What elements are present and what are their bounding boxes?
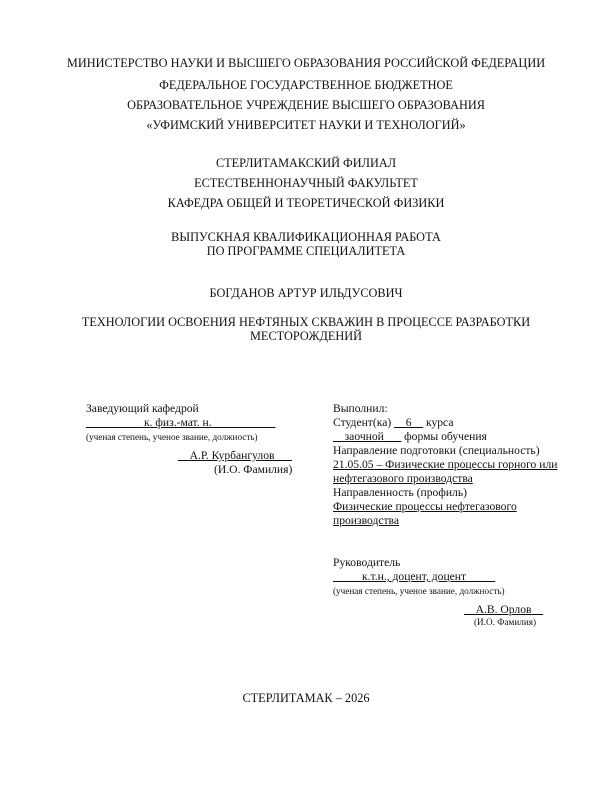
faculty-name: ЕСТЕСТВЕННОНАУЧНЫЙ ФАКУЛЬТЕТ (0, 176, 612, 191)
supervisor-name-value: А.В. Орлов (476, 603, 532, 616)
head-degree-caption: (ученая степень, ученое звание, должност… (86, 432, 258, 442)
department-name: КАФЕДРА ОБЩЕЙ И ТЕОРЕТИЧЕСКОЙ ФИЗИКИ (0, 196, 612, 211)
supervisor-label: Руководитель (333, 556, 400, 569)
branch-name: СТЕРЛИТАМАКСКИЙ ФИЛИАЛ (0, 156, 612, 171)
supervisor-degree-value: к.т.н., доцент, доцент (362, 570, 466, 583)
head-of-department-label: Заведующий кафедрой (86, 402, 199, 415)
performer-label: Выполнил: (333, 402, 388, 415)
course-label: курса (426, 416, 454, 429)
underline-fill: ___ (384, 430, 401, 443)
underline-fill: __ (412, 416, 424, 429)
underline-fill: ___________ (212, 416, 276, 429)
supervisor-degree-line: _____к.т.н., доцент, доцент_____ (333, 570, 495, 583)
underline-fill: ___ (274, 449, 291, 462)
supervisor-name-line: __А.В. Орлов__ (464, 603, 543, 616)
institution-type-line-2: ОБРАЗОВАТЕЛЬНОЕ УЧРЕЖДЕНИЕ ВЫСШЕГО ОБРАЗ… (0, 98, 612, 113)
university-name: «УФИМСКИЙ УНИВЕРСИТЕТ НАУКИ И ТЕХНОЛОГИЙ… (0, 118, 612, 133)
study-form: заочной (345, 430, 384, 443)
study-form-value: __заочной___ (333, 430, 401, 443)
ministry-line: МИНИСТЕРСТВО НАУКИ И ВЫСШЕГО ОБРАЗОВАНИЯ… (0, 56, 612, 71)
underline-fill: __________ (86, 416, 144, 429)
underline-fill: __ (464, 603, 476, 616)
underline-fill: __ (333, 430, 345, 443)
direction-value-line-1: 21.05.05 – Физические процессы горного и… (333, 458, 557, 471)
thesis-title-line-1: ТЕХНОЛОГИИ ОСВОЕНИЯ НЕФТЯНЫХ СКВАЖИН В П… (0, 315, 612, 330)
study-form-line: __заочной___ формы обучения (333, 430, 487, 443)
underline-fill: __ (394, 416, 406, 429)
thesis-title-line-2: МЕСТОРОЖДЕНИЙ (0, 329, 612, 344)
direction-value-line-2: нефтегазового производства (333, 472, 473, 485)
supervisor-name-caption: (И.О. Фамилия) (474, 617, 536, 627)
head-degree-line: __________к. физ.-мат. н.___________ (86, 416, 275, 429)
profile-value-line-1: Физические процессы нефтегазового (333, 500, 517, 513)
head-name-line: __А.Р. Курбангулов___ (178, 449, 292, 462)
course-value: __6__ (394, 416, 423, 429)
study-form-label: формы обучения (404, 430, 487, 443)
institution-type-line-1: ФЕДЕРАЛЬНОЕ ГОСУДАРСТВЕННОЕ БЮДЖЕТНОЕ (0, 78, 612, 93)
underline-fill: _____ (466, 570, 495, 583)
head-name-caption: (И.О. Фамилия) (214, 463, 292, 476)
supervisor-degree-caption: (ученая степень, ученое звание, должност… (333, 586, 505, 596)
underline-fill: _____ (333, 570, 362, 583)
student-label: Студент(ка) (333, 416, 391, 429)
student-course-line: Студент(ка) __6__ курса (333, 416, 454, 429)
head-name-value: А.Р. Курбангулов (190, 449, 275, 462)
work-type-line-2: ПО ПРОГРАММЕ СПЕЦИАЛИТЕТА (0, 244, 612, 259)
direction-label: Направление подготовки (специальность) (333, 444, 540, 457)
underline-fill: __ (531, 603, 543, 616)
author-name: БОГДАНОВ АРТУР ИЛЬДУСОВИЧ (0, 286, 612, 301)
underline-fill: __ (178, 449, 190, 462)
head-degree-value: к. физ.-мат. н. (144, 416, 212, 429)
profile-value-line-2: производства (333, 514, 399, 527)
profile-label: Направленность (профиль) (333, 486, 467, 499)
city-year: СТЕРЛИТАМАК – 2026 (0, 691, 612, 706)
work-type-line-1: ВЫПУСКНАЯ КВАЛИФИКАЦИОННАЯ РАБОТА (0, 230, 612, 245)
